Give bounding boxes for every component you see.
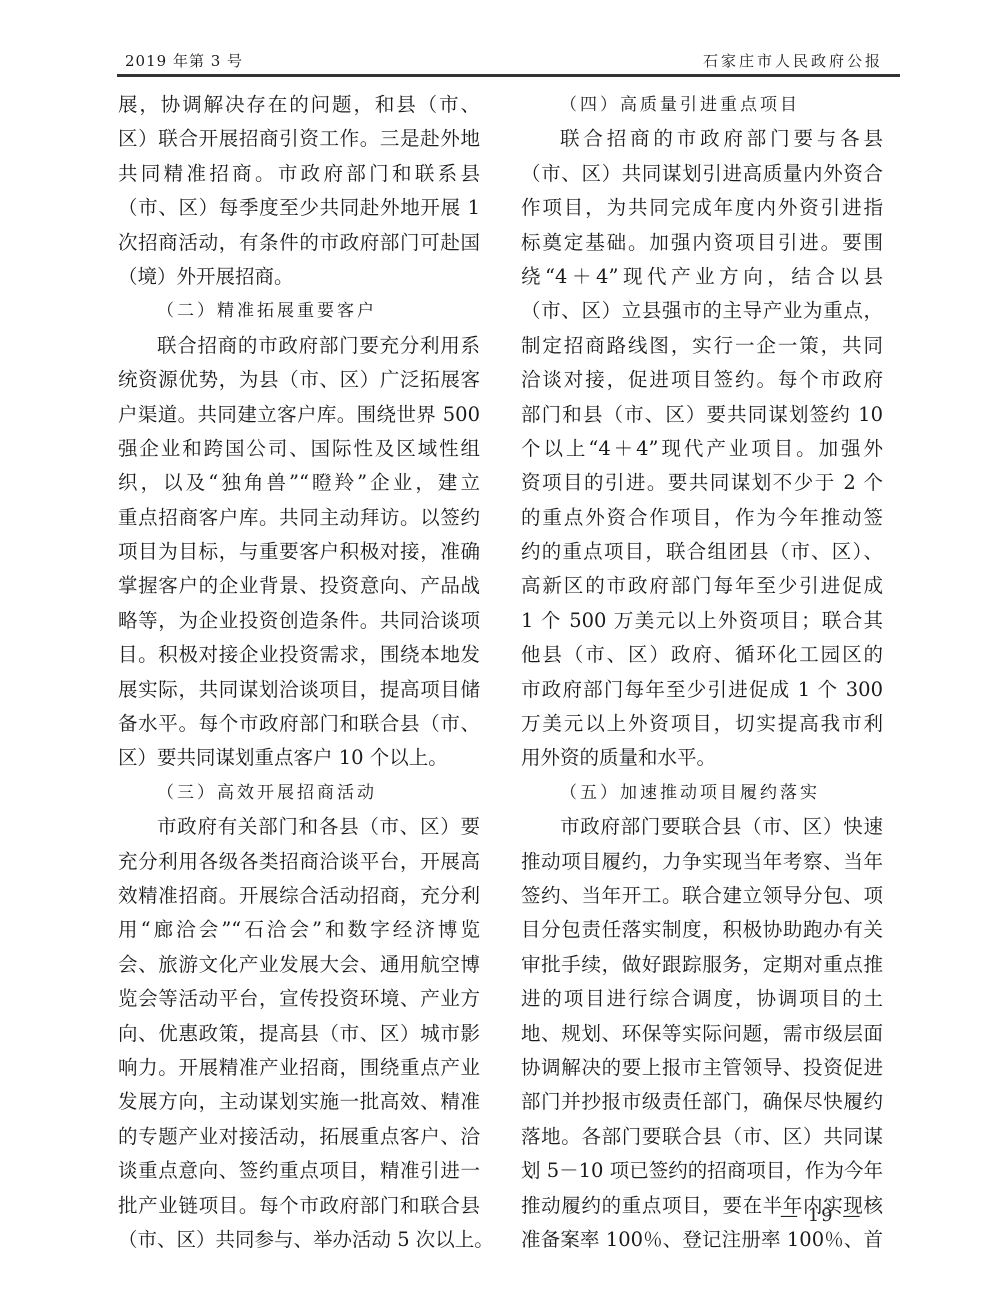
section-heading: （二）精准拓展重要客户 [118, 294, 480, 328]
paragraph-line: 批产业链项目。每个市政府部门和联合县 [118, 1189, 480, 1223]
paragraph-line: 市政府部门每年至少引进促成 1 个 300 [521, 673, 883, 707]
paragraph-line: 绕“4＋4”现代产业方向，结合以县 [521, 260, 883, 294]
header-divider [117, 74, 900, 77]
paragraph-line: 响力。开展精准产业招商，围绕重点产业 [118, 1051, 480, 1085]
section-heading: （三）高效开展招商活动 [118, 776, 480, 810]
paragraph-line: 进的项目进行综合调度，协调项目的土 [521, 982, 883, 1016]
paragraph-line: 市政府部门要联合县（市、区）快速 [521, 810, 883, 844]
paragraph-line: 市政府有关部门和各县（市、区）要 [118, 810, 480, 844]
paragraph-line: 备水平。每个市政府部门和联合县（市、 [118, 707, 480, 741]
paragraph-line: 效精准招商。开展综合活动招商，充分利 [118, 879, 480, 913]
paragraph-line: 部门和县（市、区）要共同谋划签约 10 [521, 398, 883, 432]
paragraph-line: 织，以及“独角兽”“瞪羚”企业，建立 [118, 466, 480, 500]
paragraph-line: 资项目的引进。要共同谋划不少于 2 个 [521, 466, 883, 500]
paragraph-line: 联合招商的市政府部门要充分利用系 [118, 329, 480, 363]
issue-label: 2019 年第 3 号 [125, 50, 243, 71]
paragraph-line: 强企业和跨国公司、国际性及区域性组 [118, 432, 480, 466]
paragraph-line: （境）外开展招商。 [118, 260, 480, 294]
paragraph-line: 掌握客户的企业背景、投资意向、产品战 [118, 569, 480, 603]
paragraph-line: 户渠道。共同建立客户库。围绕世界 500 [118, 398, 480, 432]
paragraph-line: 共同精准招商。市政府部门和联系县 [118, 157, 480, 191]
paragraph-line: 目。积极对接企业投资需求，围绕本地发 [118, 638, 480, 672]
paragraph-line: 的专题产业对接活动，拓展重点客户、洽 [118, 1120, 480, 1154]
page-header: 2019 年第 3 号 石家庄市人民政府公报 [117, 46, 883, 74]
section-heading: （四）高质量引进重点项目 [521, 88, 883, 122]
paragraph-line: 用外资的质量和水平。 [521, 741, 883, 775]
paragraph-line: 部门并抄报市级责任部门，确保尽快履约 [521, 1085, 883, 1119]
paragraph-line: （市、区）共同参与、举办活动 5 次以上。 [118, 1223, 480, 1257]
left-column: 展，协调解决存在的问题，和县（市、区）联合开展招商引资工作。三是赴外地共同精准招… [118, 88, 480, 1257]
paragraph-line: 联合招商的市政府部门要与各县 [521, 122, 883, 156]
paragraph-line: 高新区的市政府部门每年至少引进促成 [521, 569, 883, 603]
paragraph-line: 充分利用各级各类招商洽谈平台，开展高 [118, 845, 480, 879]
paragraph-line: （市、区）每季度至少共同赴外地开展 1 [118, 191, 480, 225]
paragraph-line: （市、区）共同谋划引进高质量内外资合 [521, 157, 883, 191]
paragraph-line: （市、区）立县强市的主导产业为重点， [521, 294, 883, 328]
paragraph-line: 会、旅游文化产业发展大会、通用航空博 [118, 948, 480, 982]
paragraph-line: 目分包责任落实制度，积极协助跑办有关 [521, 913, 883, 947]
paragraph-line: 谈重点意向、签约重点项目，精准引进一 [118, 1154, 480, 1188]
paragraph-line: 地、规划、环保等实际问题，需市级层面 [521, 1017, 883, 1051]
paragraph-line: 展，协调解决存在的问题，和县（市、 [118, 88, 480, 122]
paragraph-line: 展实际，共同谋划洽谈项目，提高项目储 [118, 673, 480, 707]
paragraph-line: 用“廊洽会”“石洽会”和数字经济博览 [118, 913, 480, 947]
page-number: — 19 — [780, 1205, 862, 1226]
paragraph-line: 项目为目标，与重要客户积极对接，准确 [118, 535, 480, 569]
paragraph-line: 个以上“4＋4”现代产业项目。加强外 [521, 432, 883, 466]
paragraph-line: 万美元以上外资项目，切实提高我市利 [521, 707, 883, 741]
right-column: （四）高质量引进重点项目联合招商的市政府部门要与各县（市、区）共同谋划引进高质量… [521, 88, 883, 1257]
paragraph-line: 准备案率 100％、登记注册率 100％、首 [521, 1223, 883, 1257]
paragraph-line: 推动项目履约，力争实现当年考察、当年 [521, 845, 883, 879]
paragraph-line: 审批手续，做好跟踪服务，定期对重点推 [521, 948, 883, 982]
paragraph-line: 标奠定基础。加强内资项目引进。要围 [521, 226, 883, 260]
paragraph-line: 落地。各部门要联合县（市、区）共同谋 [521, 1120, 883, 1154]
paragraph-line: 他县（市、区）政府、循环化工园区的 [521, 638, 883, 672]
paragraph-line: 制定招商路线图，实行一企一策，共同 [521, 329, 883, 363]
paragraph-line: 区）要共同谋划重点客户 10 个以上。 [118, 741, 480, 775]
paragraph-line: 览会等活动平台，宣传投资环境、产业方 [118, 982, 480, 1016]
paragraph-line: 发展方向，主动谋划实施一批高效、精准 [118, 1085, 480, 1119]
paragraph-line: 区）联合开展招商引资工作。三是赴外地 [118, 122, 480, 156]
paragraph-line: 次招商活动，有条件的市政府部门可赴国 [118, 226, 480, 260]
publication-title: 石家庄市人民政府公报 [703, 50, 883, 71]
paragraph-line: 略等，为企业投资创造条件。共同洽谈项 [118, 604, 480, 638]
paragraph-line: 1 个 500 万美元以上外资项目；联合其 [521, 604, 883, 638]
paragraph-line: 统资源优势，为县（市、区）广泛拓展客 [118, 363, 480, 397]
paragraph-line: 约的重点项目，联合组团县（市、区）、 [521, 535, 883, 569]
paragraph-line: 向、优惠政策，提高县（市、区）城市影 [118, 1017, 480, 1051]
paragraph-line: 的重点外资合作项目，作为今年推动签 [521, 501, 883, 535]
section-heading: （五）加速推动项目履约落实 [521, 776, 883, 810]
paragraph-line: 作项目，为共同完成年度内外资引进指 [521, 191, 883, 225]
paragraph-line: 协调解决的要上报市主管领导、投资促进 [521, 1051, 883, 1085]
paragraph-line: 划 5－10 项已签约的招商项目，作为今年 [521, 1154, 883, 1188]
paragraph-line: 洽谈对接，促进项目签约。每个市政府 [521, 363, 883, 397]
paragraph-line: 签约、当年开工。联合建立领导分包、项 [521, 879, 883, 913]
paragraph-line: 重点招商客户库。共同主动拜访。以签约 [118, 501, 480, 535]
